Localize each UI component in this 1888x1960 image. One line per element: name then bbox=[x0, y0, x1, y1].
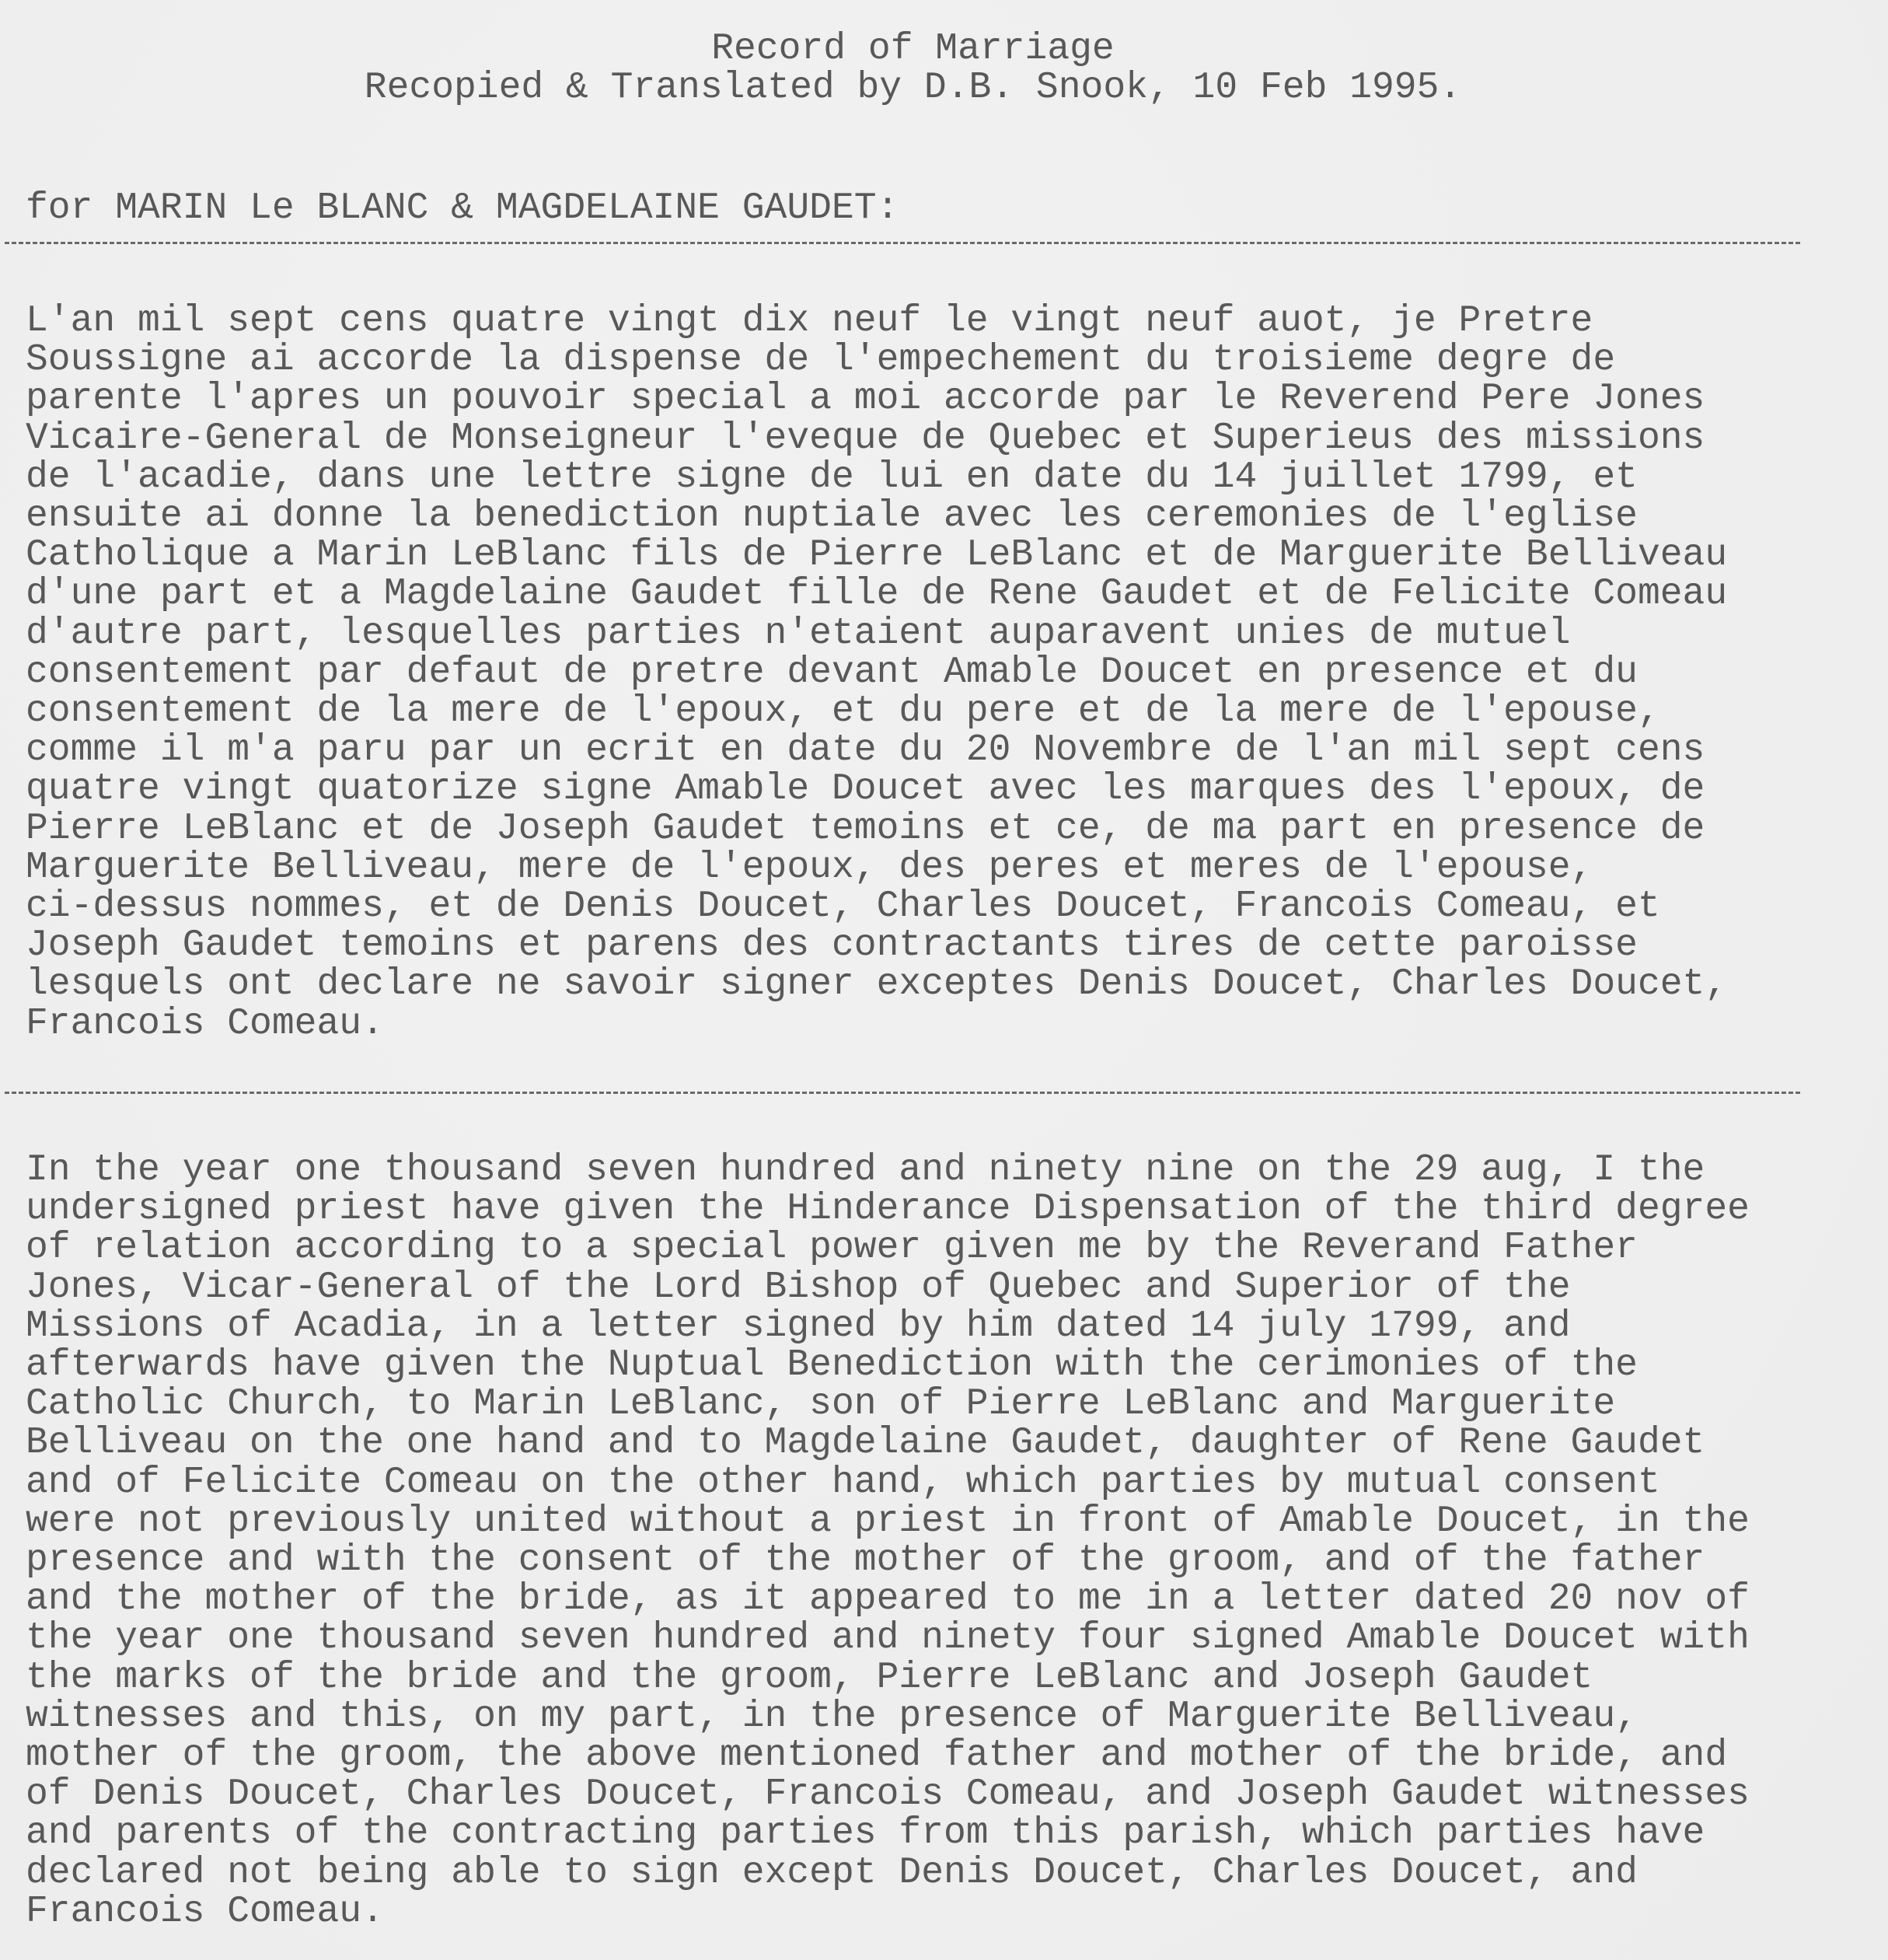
text-line: Jones, Vicar-General of the Lord Bishop … bbox=[26, 1268, 1750, 1307]
text-line: undersigned priest have given the Hinder… bbox=[26, 1190, 1750, 1228]
text-line: were not previously united without a pri… bbox=[26, 1502, 1750, 1541]
text-line: Soussigne ai accorde la dispense de l'em… bbox=[26, 341, 1727, 379]
text-line: parente l'apres un pouvoir special a moi… bbox=[26, 379, 1727, 418]
text-line: witnesses and this, on my part, in the p… bbox=[26, 1697, 1750, 1736]
french-original-paragraph: L'an mil sept cens quatre vingt dix neuf… bbox=[26, 302, 1727, 1043]
scanned-document-page: Record of Marriage Recopied & Translated… bbox=[0, 0, 1888, 1960]
text-line: Missions of Acadia, in a letter signed b… bbox=[26, 1307, 1750, 1346]
text-line: of Denis Doucet, Charles Doucet, Francoi… bbox=[26, 1775, 1750, 1814]
text-line: In the year one thousand seven hundred a… bbox=[26, 1151, 1750, 1190]
text-line: L'an mil sept cens quatre vingt dix neuf… bbox=[26, 302, 1727, 341]
section-divider bbox=[5, 1092, 1800, 1094]
text-line: Belliveau on the one hand and to Magdela… bbox=[26, 1424, 1750, 1462]
section-divider bbox=[5, 242, 1800, 244]
text-line: declared not being able to sign except D… bbox=[26, 1853, 1750, 1892]
text-line: ensuite ai donne la benediction nuptiale… bbox=[26, 497, 1727, 536]
text-line: Marguerite Belliveau, mere de l'epoux, d… bbox=[26, 848, 1727, 887]
text-line: mother of the groom, the above mentioned… bbox=[26, 1736, 1750, 1775]
english-translation-paragraph: In the year one thousand seven hundred a… bbox=[26, 1151, 1750, 1931]
document-title: Record of Marriage bbox=[0, 30, 1888, 68]
text-line: and of Felicite Comeau on the other hand… bbox=[26, 1463, 1750, 1502]
text-line: consentement de la mere de l'epoux, et d… bbox=[26, 692, 1727, 731]
text-line: Catholique a Marin LeBlanc fils de Pierr… bbox=[26, 536, 1727, 575]
text-line: and parents of the contracting parties f… bbox=[26, 1814, 1750, 1853]
text-line: the year one thousand seven hundred and … bbox=[26, 1619, 1750, 1658]
text-line: of relation according to a special power… bbox=[26, 1228, 1750, 1267]
text-line: quatre vingt quatorize signe Amable Douc… bbox=[26, 770, 1727, 809]
text-line: ci-dessus nommes, et de Denis Doucet, Ch… bbox=[26, 887, 1727, 926]
text-line: Vicaire-General de Monseigneur l'eveque … bbox=[26, 419, 1727, 458]
document-subtitle: Recopied & Translated by D.B. Snook, 10 … bbox=[0, 68, 1888, 107]
text-line: Francois Comeau. bbox=[26, 1892, 1750, 1931]
text-line: d'une part et a Magdelaine Gaudet fille … bbox=[26, 575, 1727, 613]
text-line: Catholic Church, to Marin LeBlanc, son o… bbox=[26, 1385, 1750, 1424]
text-line: and the mother of the bride, as it appea… bbox=[26, 1580, 1750, 1619]
text-line: de l'acadie, dans une lettre signe de lu… bbox=[26, 458, 1727, 497]
text-line: consentement par defaut de pretre devant… bbox=[26, 653, 1727, 692]
text-line: lesquels ont declare ne savoir signer ex… bbox=[26, 965, 1727, 1004]
text-line: afterwards have given the Nuptual Benedi… bbox=[26, 1346, 1750, 1385]
text-line: presence and with the consent of the mot… bbox=[26, 1541, 1750, 1580]
text-line: d'autre part, lesquelles parties n'etaie… bbox=[26, 614, 1727, 653]
record-heading: for MARIN Le BLANC & MAGDELAINE GAUDET: bbox=[26, 189, 899, 228]
text-line: Pierre LeBlanc et de Joseph Gaudet temoi… bbox=[26, 809, 1727, 848]
text-line: Joseph Gaudet temoins et parens des cont… bbox=[26, 926, 1727, 965]
text-line: comme il m'a paru par un ecrit en date d… bbox=[26, 731, 1727, 770]
text-line: Francois Comeau. bbox=[26, 1004, 1727, 1043]
text-line: the marks of the bride and the groom, Pi… bbox=[26, 1658, 1750, 1697]
